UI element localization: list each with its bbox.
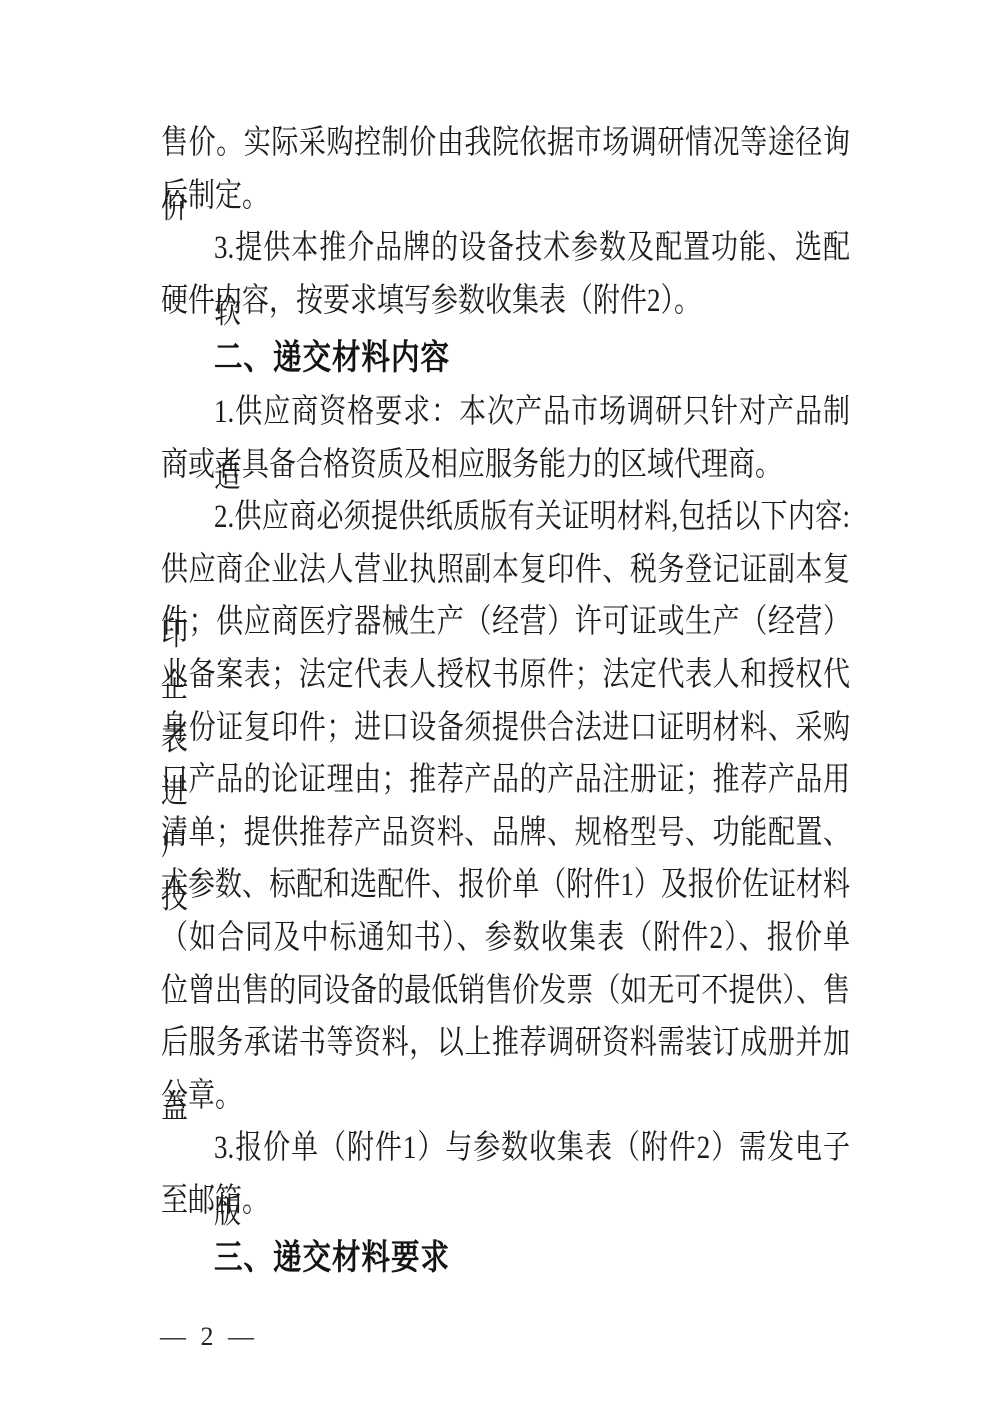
text-line: 至邮箱。 xyxy=(161,1168,850,1232)
section-heading: 三、递交材料要求 xyxy=(161,1227,850,1291)
page-number: — 2 — xyxy=(160,1320,258,1354)
document-page: 售价。实际采购控制价由我院依据市场调研情况等途径询价后制定。3.提供本推介品牌的… xyxy=(0,0,1000,1416)
text-line: 硬件内容，按要求填写参数收集表（附件2）。 xyxy=(161,268,850,332)
document-body: 售价。实际采购控制价由我院依据市场调研情况等途径询价后制定。3.提供本推介品牌的… xyxy=(161,116,850,1285)
